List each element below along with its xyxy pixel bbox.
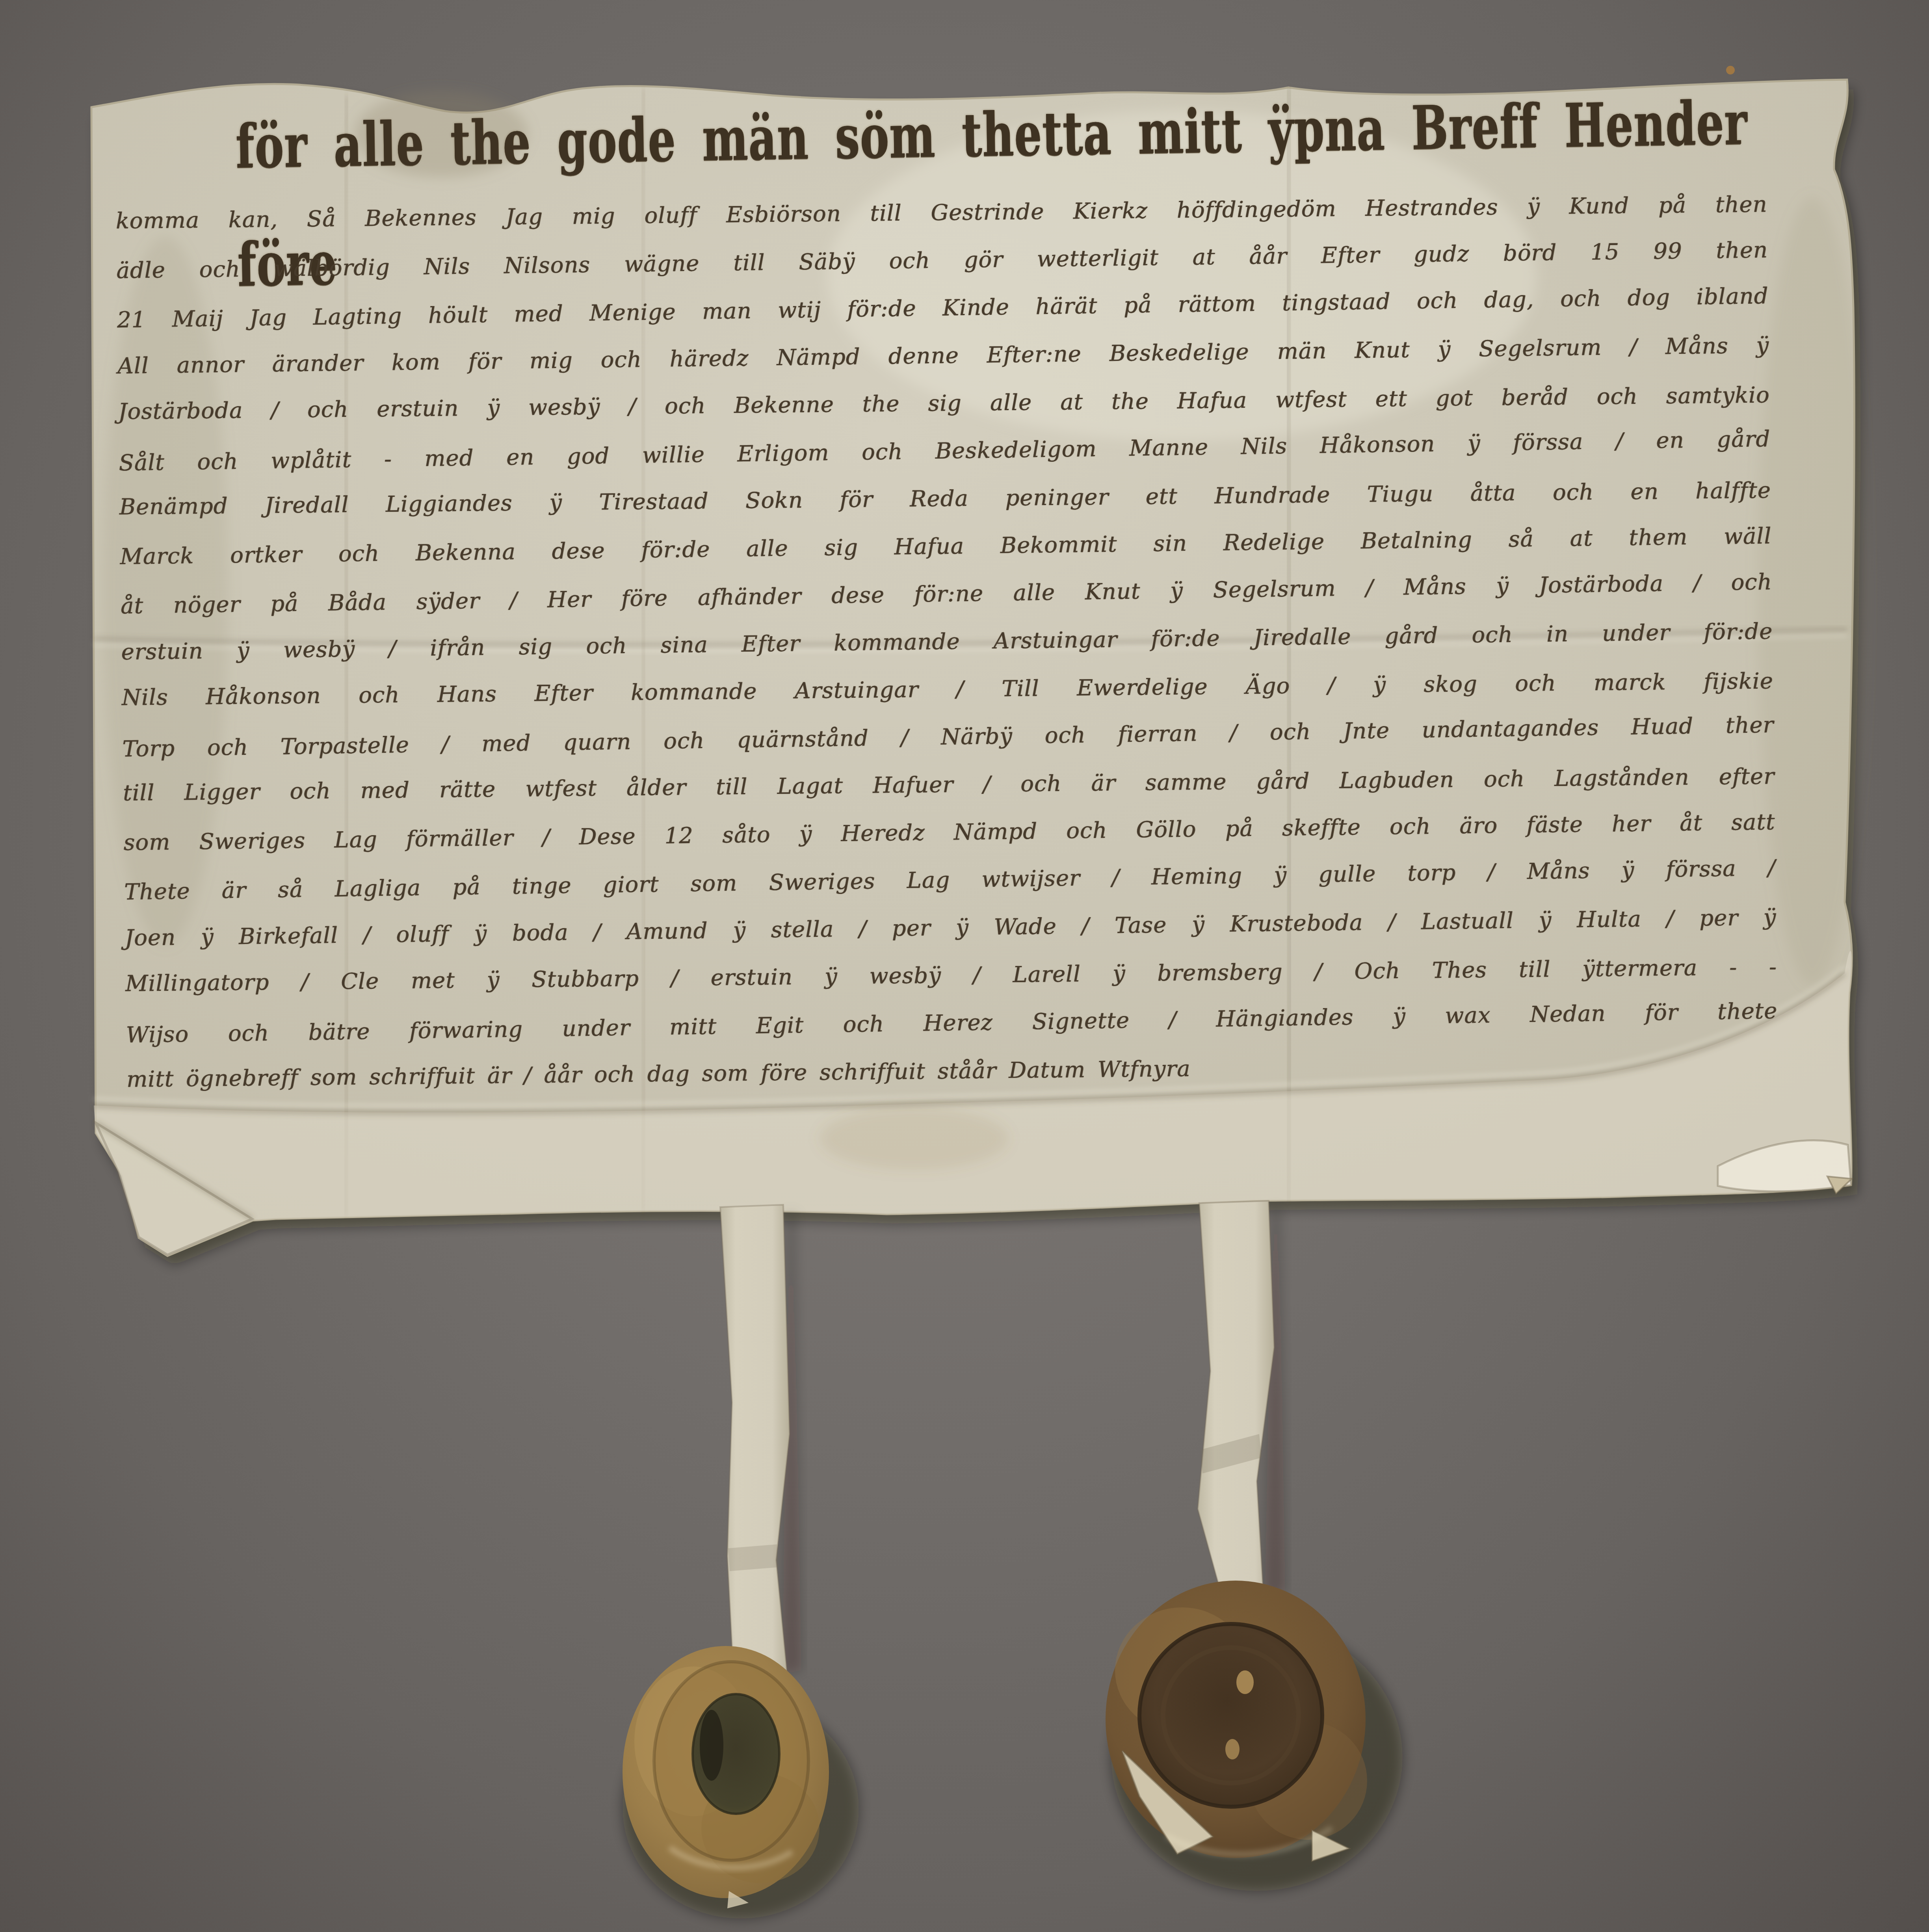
manuscript-body: komma kan, Så Bekennes Jag mig oluff Esb… bbox=[115, 178, 1778, 1105]
wax-seal-right bbox=[1106, 1581, 1403, 1891]
seal-tag-left bbox=[720, 1205, 790, 1677]
seal-tag-right bbox=[1198, 1201, 1274, 1614]
wax-seal-left bbox=[623, 1646, 859, 1919]
plica-stain bbox=[820, 1107, 1009, 1170]
seal-tag-left-foldband bbox=[728, 1544, 779, 1571]
seal-impression-right bbox=[1139, 1624, 1322, 1807]
